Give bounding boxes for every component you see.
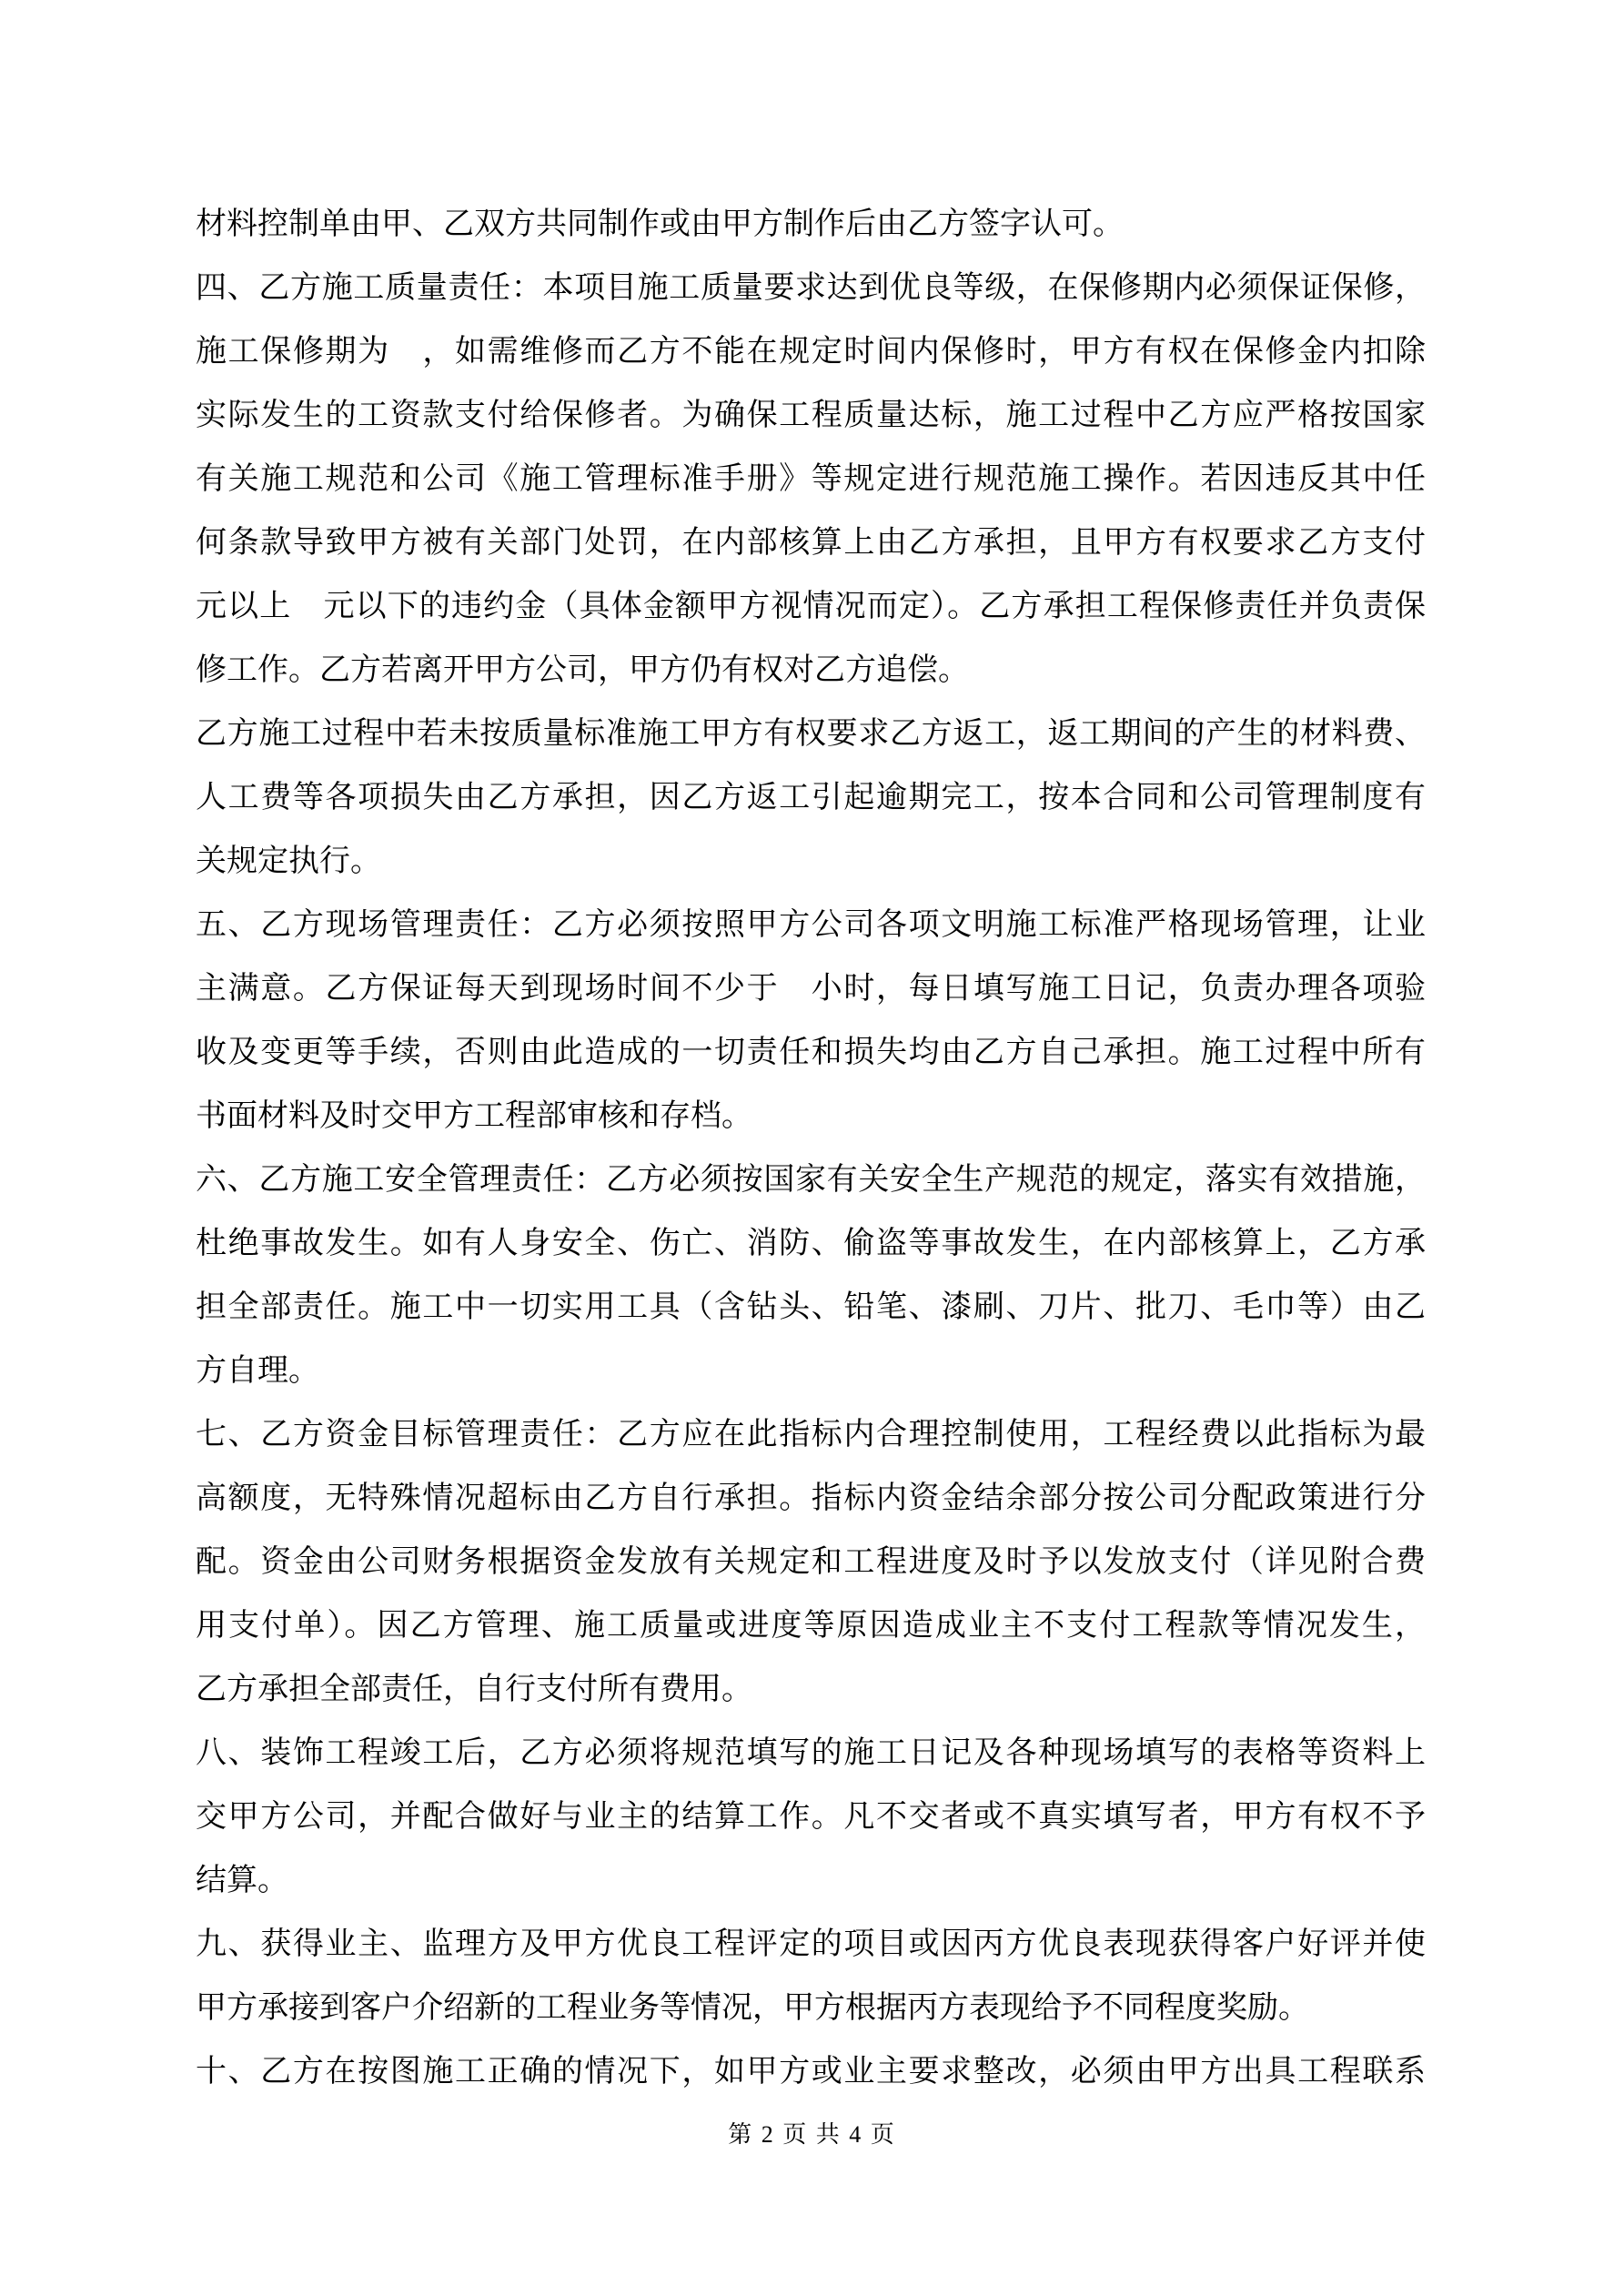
text-line: 修工作。乙方若离开甲方公司，甲方仍有权对乙方追偿。	[196, 639, 1426, 703]
text-line: 材料控制单由甲、乙双方共同制作或由甲方制作后由乙方签字认可。	[196, 193, 1426, 257]
text-line: 高额度，无特殊情况超标由乙方自行承担。指标内资金结余部分按公司分配政策进行分	[196, 1467, 1426, 1531]
text-line: 书面材料及时交甲方工程部审核和存档。	[196, 1085, 1426, 1148]
text-line: 七、乙方资金目标管理责任：乙方应在此指标内合理控制使用，工程经费以此指标为最	[196, 1403, 1426, 1467]
text-line: 用支付单）。因乙方管理、施工质量或进度等原因造成业主不支付工程款等情况发生，	[196, 1594, 1426, 1658]
text-line: 乙方施工过程中若未按质量标准施工甲方有权要求乙方返工，返工期间的产生的材料费、	[196, 703, 1426, 766]
text-line: 何条款导致甲方被有关部门处罚，在内部核算上由乙方承担，且甲方有权要求乙方支付	[196, 511, 1426, 575]
document-page: 材料控制单由甲、乙双方共同制作或由甲方制作后由乙方签字认可。四、乙方施工质量责任…	[0, 0, 1624, 2296]
text-line: 乙方承担全部责任，自行支付所有费用。	[196, 1658, 1426, 1722]
text-line: 甲方承接到客户介绍新的工程业务等情况，甲方根据丙方表现给予不同程度奖励。	[196, 1977, 1426, 2040]
text-line: 收及变更等手续，否则由此造成的一切责任和损失均由乙方自己承担。施工过程中所有	[196, 1021, 1426, 1085]
text-line: 施工保修期为 ，如需维修而乙方不能在规定时间内保修时，甲方有权在保修金内扣除	[196, 320, 1426, 384]
text-line: 有关施工规范和公司《施工管理标准手册》等规定进行规范施工操作。若因违反其中任	[196, 448, 1426, 511]
page-number: 第 2 页 共 4 页	[728, 2121, 896, 2148]
text-line: 实际发生的工资款支付给保修者。为确保工程质量达标，施工过程中乙方应严格按国家	[196, 384, 1426, 448]
text-line: 人工费等各项损失由乙方承担，因乙方返工引起逾期完工，按本合同和公司管理制度有	[196, 766, 1426, 830]
text-line: 配。资金由公司财务根据资金发放有关规定和工程进度及时予以发放支付（详见附合费	[196, 1531, 1426, 1594]
text-line: 交甲方公司，并配合做好与业主的结算工作。凡不交者或不真实填写者，甲方有权不予	[196, 1785, 1426, 1849]
text-line: 四、乙方施工质量责任：本项目施工质量要求达到优良等级，在保修期内必须保证保修，	[196, 257, 1426, 320]
text-line: 方自理。	[196, 1340, 1426, 1403]
text-line: 元以上 元以下的违约金（具体金额甲方视情况而定）。乙方承担工程保修责任并负责保	[196, 575, 1426, 639]
text-line: 主满意。乙方保证每天到现场时间不少于 小时，每日填写施工日记，负责办理各项验	[196, 957, 1426, 1021]
text-line: 八、装饰工程竣工后，乙方必须将规范填写的施工日记及各种现场填写的表格等资料上	[196, 1722, 1426, 1785]
text-line: 十、乙方在按图施工正确的情况下，如甲方或业主要求整改，必须由甲方出具工程联系	[196, 2040, 1426, 2104]
text-line: 五、乙方现场管理责任：乙方必须按照甲方公司各项文明施工标准严格现场管理，让业	[196, 894, 1426, 957]
text-line: 结算。	[196, 1849, 1426, 1913]
text-line: 关规定执行。	[196, 830, 1426, 894]
text-line: 担全部责任。施工中一切实用工具（含钻头、铅笔、漆刷、刀片、批刀、毛巾等）由乙	[196, 1276, 1426, 1340]
document-body: 材料控制单由甲、乙双方共同制作或由甲方制作后由乙方签字认可。四、乙方施工质量责任…	[196, 193, 1426, 2104]
text-line: 九、获得业主、监理方及甲方优良工程评定的项目或因丙方优良表现获得客户好评并使	[196, 1913, 1426, 1977]
text-line: 杜绝事故发生。如有人身安全、伤亡、消防、偷盗等事故发生，在内部核算上，乙方承	[196, 1212, 1426, 1276]
page-footer: 第 2 页 共 4 页	[0, 2120, 1624, 2149]
text-line: 六、乙方施工安全管理责任：乙方必须按国家有关安全生产规范的规定，落实有效措施，	[196, 1148, 1426, 1212]
